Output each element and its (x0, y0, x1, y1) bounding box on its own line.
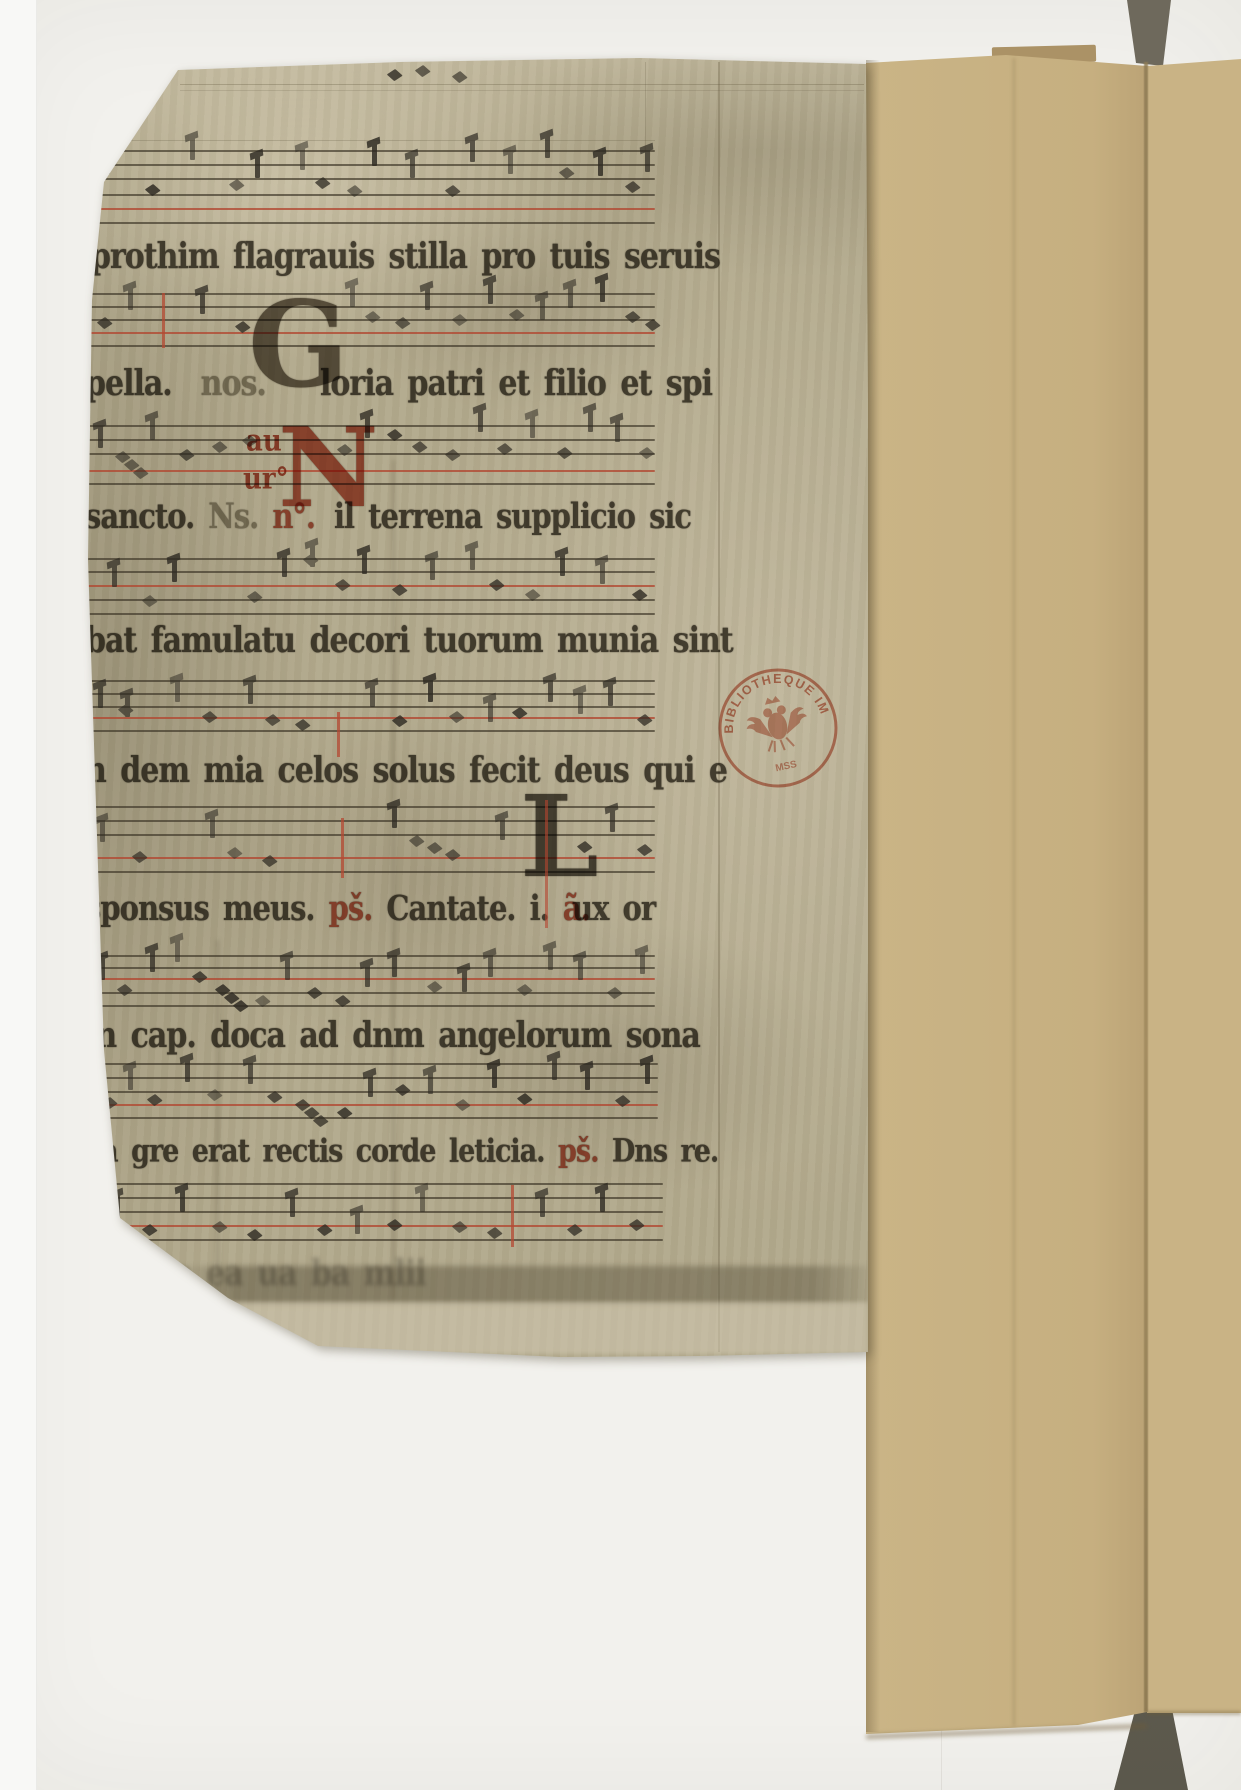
neume-stem (420, 1188, 425, 1212)
neume-diamond (452, 314, 467, 326)
neume-stem (100, 956, 105, 980)
neume-stem (392, 804, 397, 828)
neume-stem (545, 134, 550, 158)
chant-text-segment: Ns. (194, 496, 258, 536)
neume-diamond (517, 984, 532, 996)
chant-text-segment: prothim flagrauis stilla pro tuis seruis (90, 236, 720, 277)
stave-line-red (95, 208, 655, 210)
neume-stem (100, 818, 105, 842)
neume-diamond (487, 1227, 502, 1239)
neume-stem (128, 286, 133, 310)
neume-stem (600, 278, 605, 302)
chant-text-line: prothim flagrauis stilla pro tuis seruis (90, 236, 720, 277)
neume-stem (112, 563, 117, 587)
stave-line (100, 1091, 658, 1093)
neume-stem (540, 296, 545, 320)
neume-stem (608, 682, 613, 706)
neume-stem (372, 142, 377, 166)
chant-text-line: bat famulatu decori tuorum munia sint (85, 620, 733, 661)
chant-text-segment: sancto. (85, 496, 194, 536)
neume-diamond (557, 447, 572, 459)
neume-diamond (489, 579, 504, 591)
neume-stem (560, 552, 565, 576)
stave-line (95, 222, 655, 224)
neume-diamond (639, 447, 654, 459)
neume-diamond (637, 844, 652, 856)
neume-diamond (233, 1000, 248, 1012)
neume-stem (410, 154, 415, 178)
neume-stem (150, 948, 155, 972)
neume-stem (190, 136, 195, 160)
neume-stem (248, 680, 253, 704)
neume-stem (105, 150, 110, 174)
stave-line (100, 1063, 658, 1065)
chant-text-line: n dem mia celos solus fecit deus qui e (85, 750, 727, 791)
chant-text-line: al le ea ua ba mlii (120, 1253, 426, 1294)
neume-stem (600, 1188, 605, 1212)
neume-stem (128, 1066, 133, 1090)
stave-line-red (90, 332, 655, 334)
neume-diamond (445, 449, 460, 461)
library-stamp: BIBLIOTHEQUE IMPERIALE MSS (702, 652, 854, 804)
stave-line (108, 1197, 663, 1199)
neume-diamond (192, 971, 207, 983)
neume-diamond (452, 71, 467, 83)
neume-stem (552, 1056, 557, 1080)
chant-text-segment: pš. (315, 888, 373, 928)
neume-diamond (365, 311, 380, 323)
neume-diamond (427, 842, 442, 854)
stave-line (88, 599, 655, 601)
stave-line-red (100, 1104, 658, 1106)
chant-text-line: ea gre erat rectis corde leticia. pš. Dn… (85, 1133, 718, 1170)
stave-line (95, 967, 655, 969)
stave-line (95, 178, 655, 180)
neume-stem (588, 408, 593, 432)
stave-line-red (88, 585, 655, 587)
svg-text:MSS: MSS (774, 759, 798, 774)
neume-diamond (625, 181, 640, 193)
neume-diamond (415, 65, 430, 77)
chant-text-line: il terrena supplicio sic (334, 496, 691, 536)
stave-line (108, 1183, 663, 1185)
neume-diamond (102, 1097, 117, 1109)
neume-stem (370, 683, 375, 707)
stave-line (100, 1077, 658, 1079)
neume-stem (530, 414, 535, 438)
neume-diamond (117, 984, 132, 996)
chant-text-segment: loria patri et filio et spi (320, 363, 712, 404)
stave-line (88, 613, 655, 615)
neume-stem (488, 698, 493, 722)
rubric-abbreviation: au (246, 424, 282, 459)
neume-stem (578, 956, 583, 980)
neume-stem (285, 956, 290, 980)
parchment-wrap: prothim flagrauis stilla pro tuis seruis… (0, 0, 1241, 1790)
neume-stem (365, 963, 370, 987)
neume-stem (355, 1210, 360, 1234)
neume-stem (548, 946, 553, 970)
neume-stem (255, 154, 260, 178)
neume-diamond (267, 1091, 282, 1103)
neume-stem (392, 953, 397, 977)
neume-stem (540, 1193, 545, 1217)
neume-stem (598, 152, 603, 176)
neume-stem (488, 953, 493, 977)
chant-text-segment: Dns re. (598, 1133, 718, 1170)
stave-line (108, 1239, 663, 1241)
neume-stem (645, 148, 650, 172)
neume-diamond (427, 981, 442, 993)
neume-stem (488, 280, 493, 304)
ruling-line (180, 90, 864, 91)
neume-stem (210, 814, 215, 838)
neume-stem (362, 550, 367, 574)
neume-stem (470, 138, 475, 162)
neume-stem (150, 416, 155, 440)
chant-text-line: loria patri et filio et spi (320, 363, 712, 404)
neume-stem (430, 556, 435, 580)
neume-stem (585, 1066, 590, 1090)
neume-diamond (645, 319, 660, 331)
neume-stem (478, 408, 483, 432)
chant-text-segment: il terrena supplicio sic (334, 496, 691, 536)
neume-stem (368, 1073, 373, 1097)
neume-diamond (449, 711, 464, 723)
neume-diamond (133, 467, 148, 479)
neume-diamond (409, 835, 424, 847)
neume-stem (425, 286, 430, 310)
stave-divider-red (162, 293, 165, 348)
manuscript-photo: prothim flagrauis stilla pro tuis seruis… (0, 0, 1241, 1790)
neume-diamond (179, 449, 194, 461)
chant-text-segment: n dem mia celos solus fecit deus qui e (85, 750, 727, 791)
chant-text-segment: pella. (85, 363, 172, 404)
neume-stem (492, 1064, 497, 1088)
initial-L-red-filigree (545, 800, 548, 928)
neume-diamond (412, 441, 427, 453)
chant-text-segment: in cap. doca ad dnm angelorum sona (85, 1015, 700, 1056)
neume-diamond (229, 179, 244, 191)
neume-stem (282, 553, 287, 577)
neume-stem (548, 678, 553, 702)
neume-stem (610, 808, 615, 832)
parchment-crease (216, 940, 219, 1300)
neume-stem (462, 968, 467, 992)
neume-stem (508, 150, 513, 174)
chant-text-segment: pš. (545, 1133, 599, 1170)
rubric-abbreviation: ur° (243, 462, 289, 497)
neume-stem (98, 424, 103, 448)
neume-stem (98, 684, 103, 708)
neume-stem (180, 1188, 185, 1212)
neume-diamond (247, 591, 262, 603)
neume-stem (350, 283, 355, 307)
stave-line (95, 1005, 655, 1007)
neume-stem (600, 560, 605, 584)
neume-diamond (142, 595, 157, 607)
neume-stem (578, 690, 583, 714)
initial-G: G (248, 292, 349, 398)
neume-stem (640, 950, 645, 974)
neume-diamond (625, 311, 640, 323)
neume-diamond (607, 987, 622, 999)
initial-L: L (520, 788, 599, 889)
chant-text-segment: bat famulatu decori tuorum munia sint (85, 620, 733, 661)
neume-diamond (212, 441, 227, 453)
initial-N: N (278, 418, 379, 517)
neume-stem (290, 1193, 295, 1217)
neume-stem (248, 1060, 253, 1084)
stave-line (100, 1117, 658, 1119)
neume-stem (185, 1058, 190, 1082)
stave-line (95, 992, 655, 994)
neume-stem (428, 1070, 433, 1094)
stave-line-red (108, 1225, 663, 1227)
svg-text:BIBLIOTHEQUE IMPERIALE: BIBLIOTHEQUE IMPERIALE (702, 652, 832, 740)
neume-diamond (295, 719, 310, 731)
neume-stem (175, 938, 180, 962)
stave-line (95, 194, 655, 196)
neume-diamond (307, 987, 322, 999)
stave-line-red (90, 717, 655, 719)
neume-diamond (202, 711, 217, 723)
stave-line-red (95, 978, 655, 980)
neume-diamond (637, 714, 652, 726)
neume-stem (645, 1060, 650, 1084)
neume-diamond (559, 167, 574, 179)
neume-stem (428, 678, 433, 702)
neume-diamond (395, 1084, 410, 1096)
chant-text-segment: ea gre erat rectis corde leticia. (85, 1133, 545, 1170)
imperial-eagle-icon (742, 691, 812, 756)
neume-stem (172, 558, 177, 582)
neume-diamond (452, 1221, 467, 1233)
chant-text-segment: al le ea ua ba mlii (120, 1253, 426, 1294)
neume-diamond (387, 1219, 402, 1231)
neume-diamond (387, 69, 402, 81)
neume-diamond (212, 1221, 227, 1233)
neume-diamond (517, 1093, 532, 1105)
neume-diamond (132, 851, 147, 863)
neume-stem (115, 1193, 120, 1217)
parchment-leaf: prothim flagrauis stilla pro tuis seruis… (0, 0, 1241, 1790)
neume-head (303, 554, 318, 566)
neume-stem (200, 290, 205, 314)
stave-divider-red (341, 818, 344, 878)
stave-line (90, 345, 655, 347)
blank-bottom-strip (212, 1302, 868, 1354)
neume-stem (615, 418, 620, 442)
stave-line (90, 730, 655, 732)
neume-stem (300, 146, 305, 170)
neume-diamond (265, 714, 280, 726)
neume-stem (175, 678, 180, 702)
ruling-line (180, 84, 864, 85)
margin-rule (645, 62, 646, 152)
neume-diamond (455, 1099, 470, 1111)
neume-diamond (629, 1219, 644, 1231)
stave-line (108, 1211, 663, 1213)
neume-stem (568, 284, 573, 308)
library-stamp-svg: BIBLIOTHEQUE IMPERIALE MSS (702, 652, 854, 804)
chant-text-segment: sponsus meus. (85, 888, 315, 928)
neume-stem (500, 816, 505, 840)
chant-text-line: sponsus meus. pš. Cantate. i. ã. (85, 888, 590, 928)
neume-diamond (335, 579, 350, 591)
chant-text-line: in cap. doca ad dnm angelorum sona (85, 1015, 700, 1056)
neume-stem (470, 546, 475, 570)
stave-divider-red (511, 1185, 514, 1247)
